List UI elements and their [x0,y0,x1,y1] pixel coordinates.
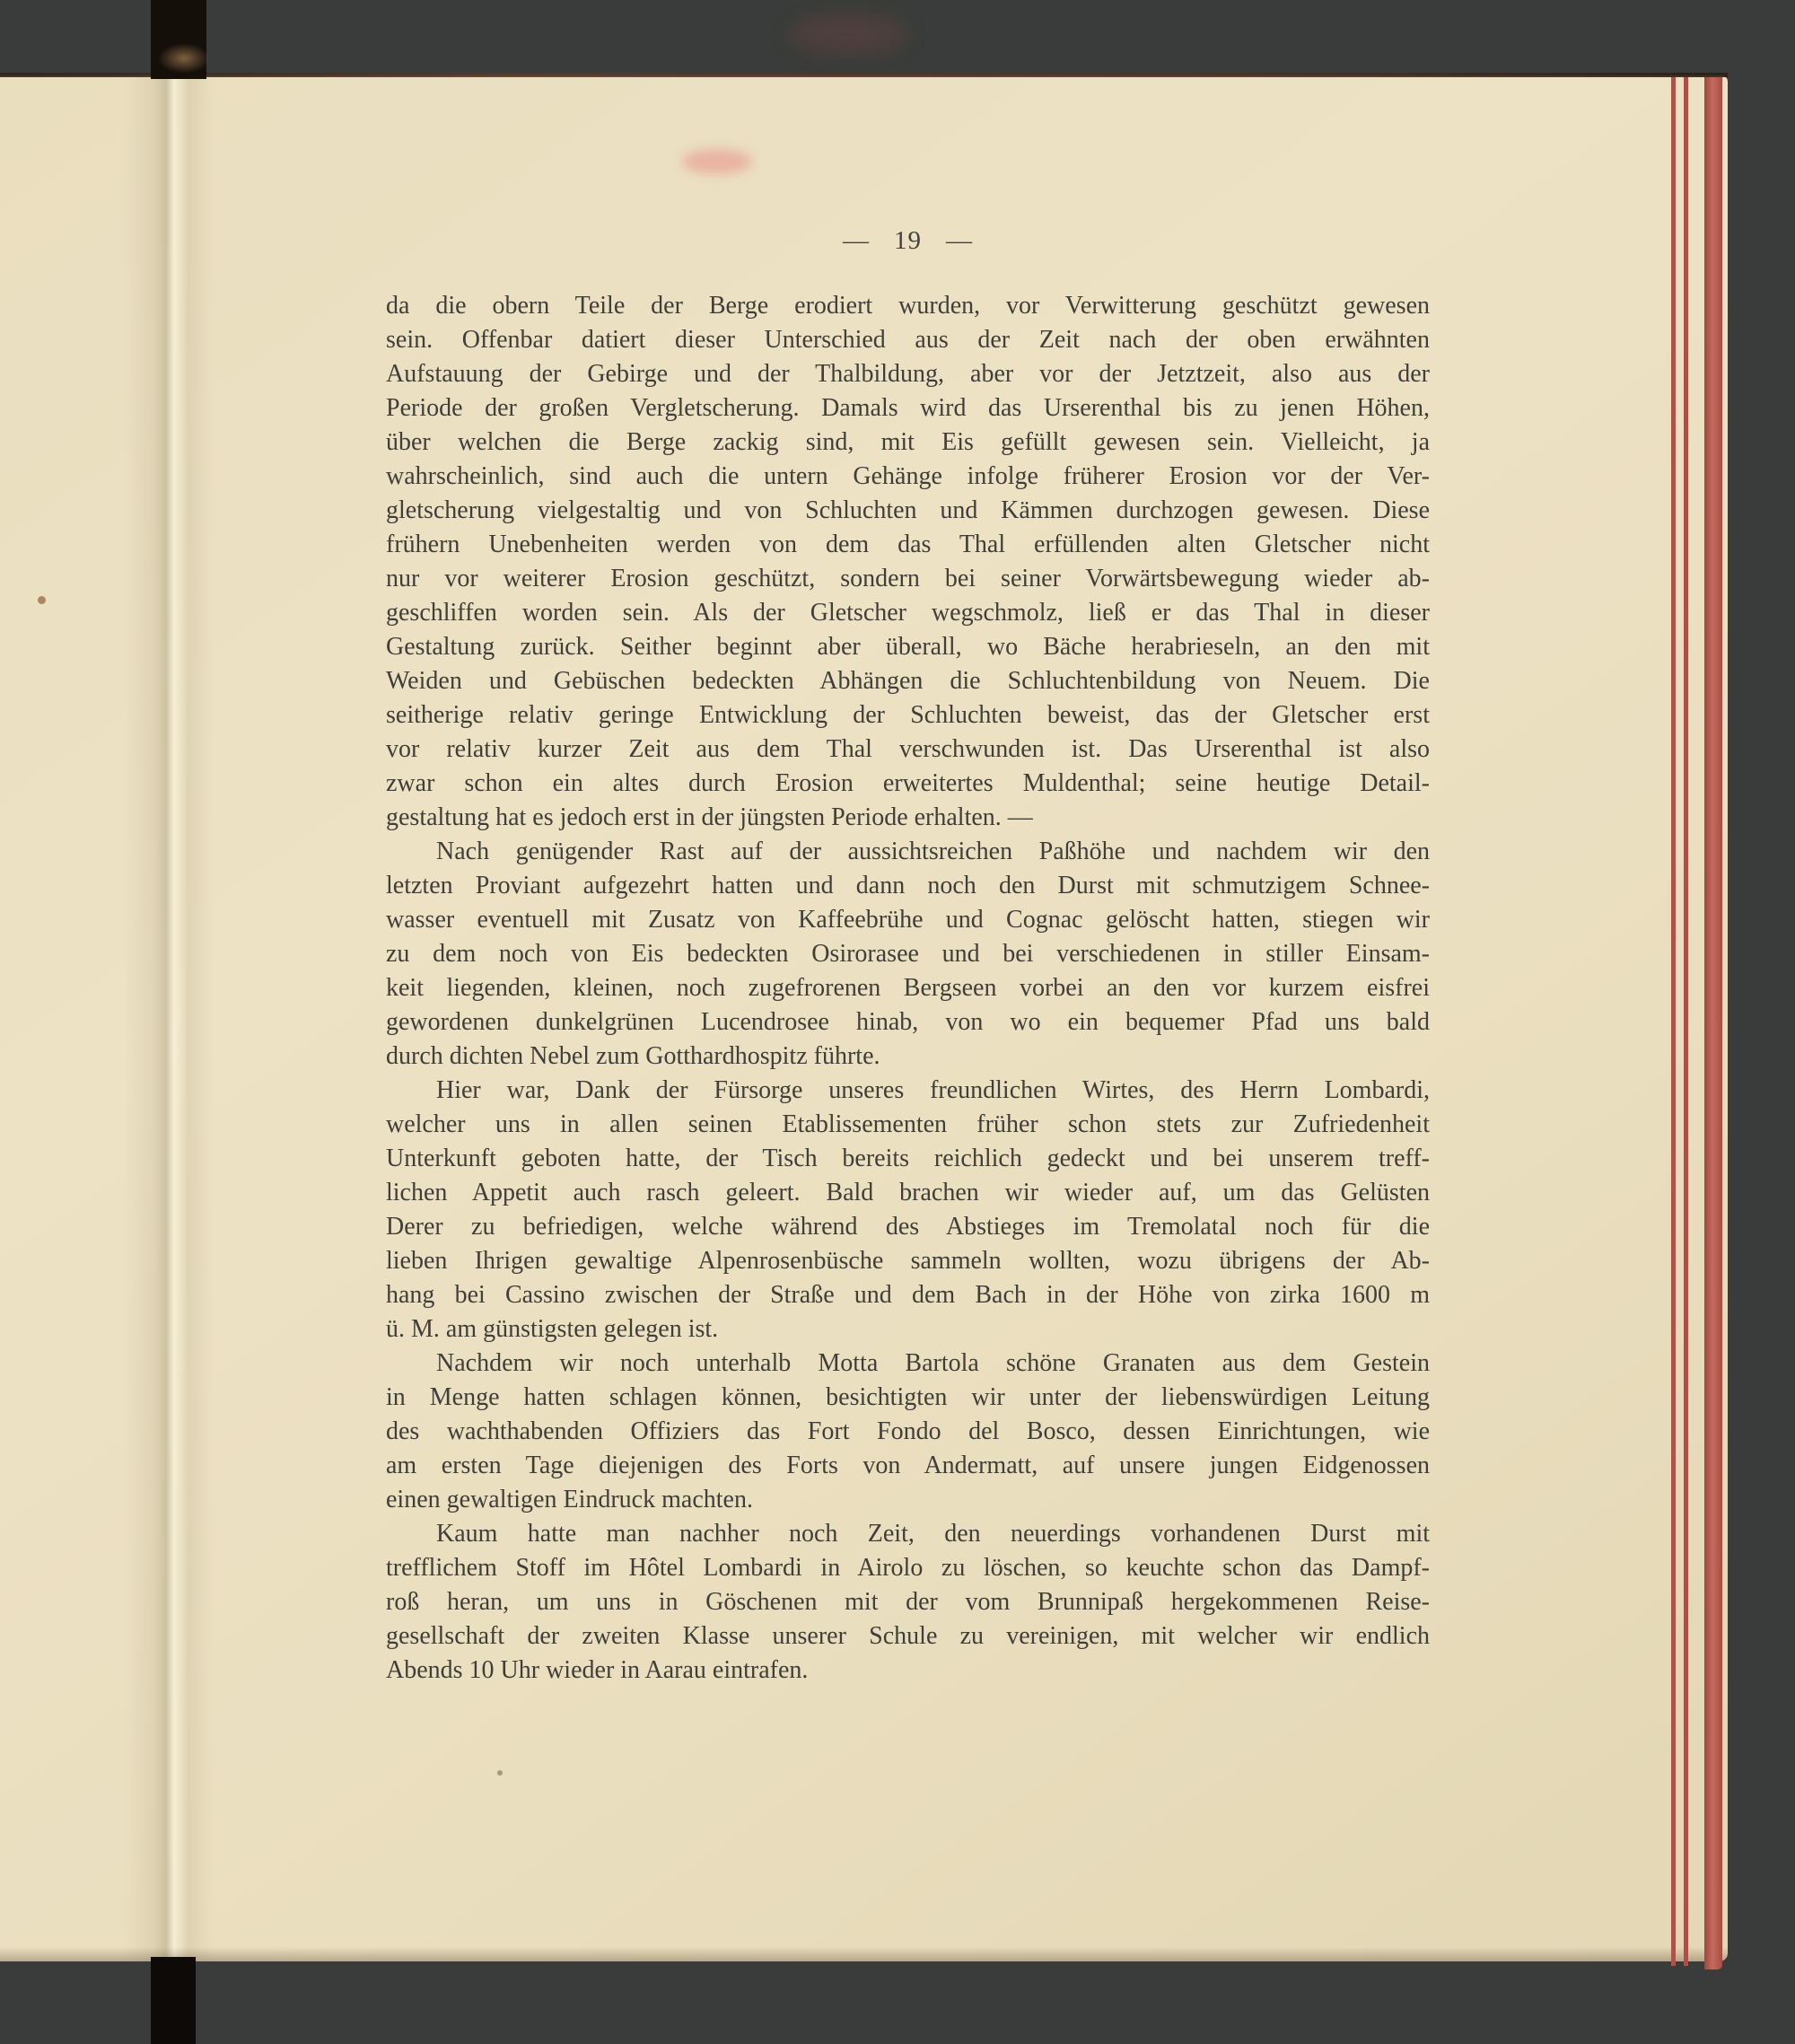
text-line: da die obern Teile der Berge erodiert wu… [386,289,1430,323]
text-line: welcher uns in allen seinen Etablissemen… [386,1108,1430,1142]
text-line: sein. Offenbar datiert dieser Unterschie… [386,323,1430,357]
text-line: trefflichem Stoff im Hôtel Lombardi in A… [386,1551,1430,1585]
text-line: Weiden und Gebüschen bedeckten Abhängen … [386,664,1430,698]
text-line: Abends 10 Uhr wieder in Aarau eintrafen. [386,1654,1430,1688]
page-bottom-shadow [0,1947,1728,1961]
red-page-edge-line [1671,77,1676,1966]
text-line: Aufstauung der Gebirge und der Thalbildu… [386,357,1430,391]
spine-ribbon-bottom [151,1957,196,2044]
text-line: roß heran, um uns in Göschenen mit der v… [386,1585,1430,1619]
text-line: zu dem noch von Eis bedeckten Osirorasee… [386,937,1430,971]
text-line: durch dichten Nebel zum Gotthardhospitz … [386,1040,1430,1074]
text-line: einen gewaltigen Eindruck machten. [386,1483,1430,1517]
text-line: Hier war, Dank der Fürsorge unseres freu… [386,1074,1430,1108]
red-page-edge-band [1704,77,1722,1969]
text-line: vor relativ kurzer Zeit aus dem Thal ver… [386,733,1430,767]
text-line: Derer zu befriedigen, welche während des… [386,1210,1430,1244]
text-line: Nach genügender Rast auf der aussichtsre… [386,835,1430,869]
text-line: in Menge hatten schlagen können, besicht… [386,1381,1430,1415]
text-line: wahrscheinlich, sind auch die untern Geh… [386,460,1430,494]
text-line: letzten Proviant aufgezehrt hatten und d… [386,869,1430,903]
dark-red-stain [788,13,909,56]
spine-ribbon-stain [158,43,210,74]
text-line: frühern Unebenheiten werden von dem das … [386,528,1430,562]
page-top-edge [0,73,1728,77]
red-page-edge-line [1684,77,1688,1966]
text-line: Unterkunft geboten hatte, der Tisch bere… [386,1142,1430,1176]
text-line: Kaum hatte man nachher noch Zeit, den ne… [386,1517,1430,1551]
text-line: lichen Appetit auch rasch geleert. Bald … [386,1176,1430,1210]
text-line: am ersten Tage diejenigen des Forts von … [386,1449,1430,1483]
text-line: gewordenen dunkelgrünen Lucendrosee hina… [386,1005,1430,1040]
text-line: Periode der großen Vergletscherung. Dama… [386,391,1430,425]
text-line: über welchen die Berge zackig sind, mit … [386,425,1430,460]
text-line: ü. M. am günstigsten gelegen ist. [386,1312,1430,1347]
page-number: — 19 — [386,226,1430,256]
pink-stain [682,149,752,174]
text-line: geschliffen worden sein. Als der Gletsch… [386,596,1430,630]
page-number-dash-left: — [843,226,870,256]
book-page: — 19 — da die obern Teile der Berge erod… [0,75,1728,1961]
page-number-dash-right: — [946,226,973,256]
page-text: da die obern Teile der Berge erodiert wu… [386,289,1430,1688]
scanned-book-photo: — 19 — da die obern Teile der Berge erod… [0,0,1795,2044]
text-line: lieben Ihrigen gewaltige Alpenrosenbüsch… [386,1244,1430,1278]
page-number-value: 19 [894,226,922,256]
paper-speck [38,596,46,604]
text-line: keit liegenden, kleinen, noch zugefroren… [386,971,1430,1005]
text-line: gletscherung vielgestaltig und von Schlu… [386,494,1430,528]
text-line: Gestaltung zurück. Seither beginnt aber … [386,630,1430,664]
page-gutter-crease [124,75,214,1961]
paper-speck [497,1770,503,1776]
text-line: zwar schon ein altes durch Erosion erwei… [386,767,1430,801]
text-line: seitherige relativ geringe Entwicklung d… [386,698,1430,733]
text-line: Nachdem wir noch unterhalb Motta Bartola… [386,1347,1430,1381]
text-line: hang bei Cassino zwischen der Straße und… [386,1278,1430,1312]
text-line: nur vor weiterer Erosion geschützt, sond… [386,562,1430,596]
text-line: des wachthabenden Offiziers das Fort Fon… [386,1415,1430,1449]
text-line: gesellschaft der zweiten Klasse unserer … [386,1619,1430,1654]
text-line: wasser eventuell mit Zusatz von Kaffeebr… [386,903,1430,937]
text-line: gestaltung hat es jedoch erst in der jün… [386,801,1430,835]
